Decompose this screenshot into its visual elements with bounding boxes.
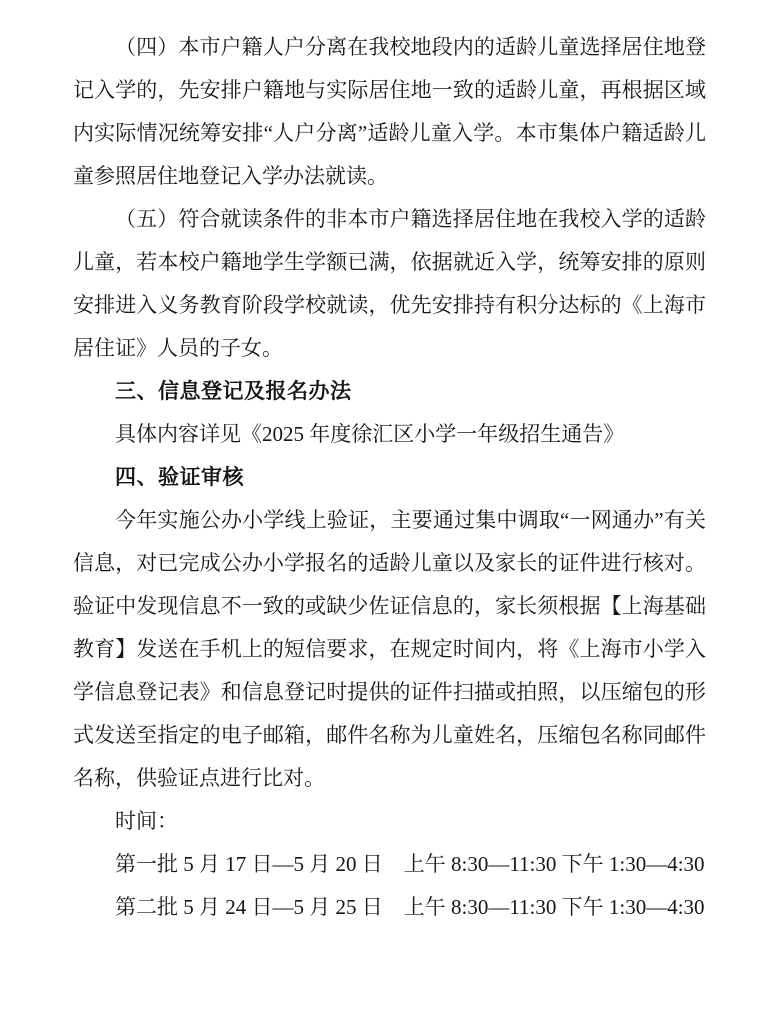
paragraph: 第二批 5 月 24 日—5 月 25 日 上午 8:30—11:30 下午 1… <box>73 886 706 929</box>
paragraph: （五）符合就读条件的非本市户籍选择居住地在我校入学的适龄儿童，若本校户籍地学生学… <box>73 198 706 370</box>
paragraph: 第一批 5 月 17 日—5 月 20 日 上午 8:30—11:30 下午 1… <box>73 843 706 886</box>
paragraph: 具体内容详见《2025 年度徐汇区小学一年级招生通告》 <box>73 413 706 456</box>
paragraph: （四）本市户籍人户分离在我校地段内的适龄儿童选择居住地登记入学的，先安排户籍地与… <box>73 26 706 198</box>
section-heading: 四、验证审核 <box>73 456 706 499</box>
paragraph: 时间： <box>73 800 706 843</box>
section-heading: 三、信息登记及报名办法 <box>73 370 706 413</box>
document-body: （四）本市户籍人户分离在我校地段内的适龄儿童选择居住地登记入学的，先安排户籍地与… <box>73 26 706 929</box>
document-page: （四）本市户籍人户分离在我校地段内的适龄儿童选择居住地登记入学的，先安排户籍地与… <box>0 0 777 1029</box>
paragraph: 今年实施公办小学线上验证，主要通过集中调取“一网通办”有关信息，对已完成公办小学… <box>73 499 706 800</box>
